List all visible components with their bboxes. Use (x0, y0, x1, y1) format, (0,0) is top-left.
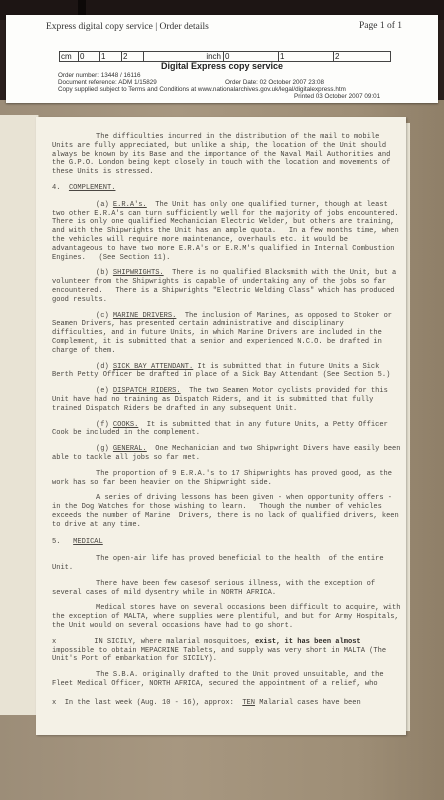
page-indicator: Page 1 of 1 (359, 21, 402, 31)
paragraph-g-general: (g) GENERAL. One Mechanician and two Shi… (52, 445, 402, 463)
ruler-cm-tick: 0 (78, 52, 99, 61)
paragraph-mail: The difficulties incurred in the distrib… (52, 133, 402, 177)
paragraph-driving: A series of driving lessons has been giv… (52, 494, 402, 529)
underlying-page (0, 115, 39, 715)
paragraph-e-dispatch: (e) DISPATCH RIDERS. The two Seamen Moto… (52, 387, 402, 413)
paragraph-sba: The S.B.A. originally drafted to the Uni… (52, 671, 402, 689)
document-reference: Document reference: ADM 1/15829 (58, 79, 157, 86)
margin-x-mark: x (52, 638, 56, 646)
section-4-heading: 4. COMPLEMENT. (52, 184, 402, 193)
ruler-cm-tick: 2 (121, 52, 143, 61)
service-name: Digital Express copy service (6, 61, 438, 71)
paragraph-b-shipwrights: (b) SHIPWRIGHTS. There is no qualified B… (52, 269, 402, 304)
paragraph-medical-stores: Medical stores have on several occasions… (52, 604, 402, 630)
paragraph-a-eras: (a) E.R.A's. The Unit has only one quali… (52, 201, 402, 263)
footnote-malaria: x In the last week (Aug. 10 - 16), appro… (52, 699, 402, 708)
section-5-heading: 5. MEDICAL (52, 538, 402, 547)
paragraph-illness: There have been few casesof serious illn… (52, 580, 402, 598)
printed-date: Printed 03 October 2007 09:01 (294, 93, 380, 100)
ruler-inch-tick: 2 (333, 52, 370, 61)
paragraph-d-sick-bay: (d) SICK BAY ATTENDANT. It is submitted … (52, 363, 402, 381)
slip-title: Express digital copy service | Order det… (46, 22, 209, 32)
ruler-cm-label: cm (60, 52, 78, 61)
terms-notice: Copy supplied subject to Terms and Condi… (58, 86, 346, 93)
paragraph-open-air: The open-air life has proved beneficial … (52, 555, 402, 573)
ruler-inch-label: inch (143, 52, 223, 61)
ruler-inch-tick: 0 (223, 52, 278, 61)
footnote-x-mark: x (52, 699, 56, 707)
paragraph-sicily: xIN SICILY, where malarial mosquitoes, e… (52, 638, 402, 664)
typed-document-body: The difficulties incurred in the distrib… (52, 133, 402, 715)
paragraph-f-cooks: (f) COOKS. It is submitted that in any f… (52, 421, 402, 439)
paragraph-proportion: The proportion of 9 E.R.A.'s to 17 Shipw… (52, 470, 402, 488)
order-details-slip: Express digital copy service | Order det… (6, 15, 438, 103)
paragraph-c-marine-drivers: (c) MARINE DRIVERS. The inclusion of Mar… (52, 312, 402, 356)
order-date: Order Date: 02 October 2007 23:08 (225, 79, 324, 86)
ruler-inch-tick: 1 (278, 52, 333, 61)
ruler-cm-tick: 1 (99, 52, 121, 61)
order-number: Order number: 13448 / 16116 (58, 72, 141, 79)
